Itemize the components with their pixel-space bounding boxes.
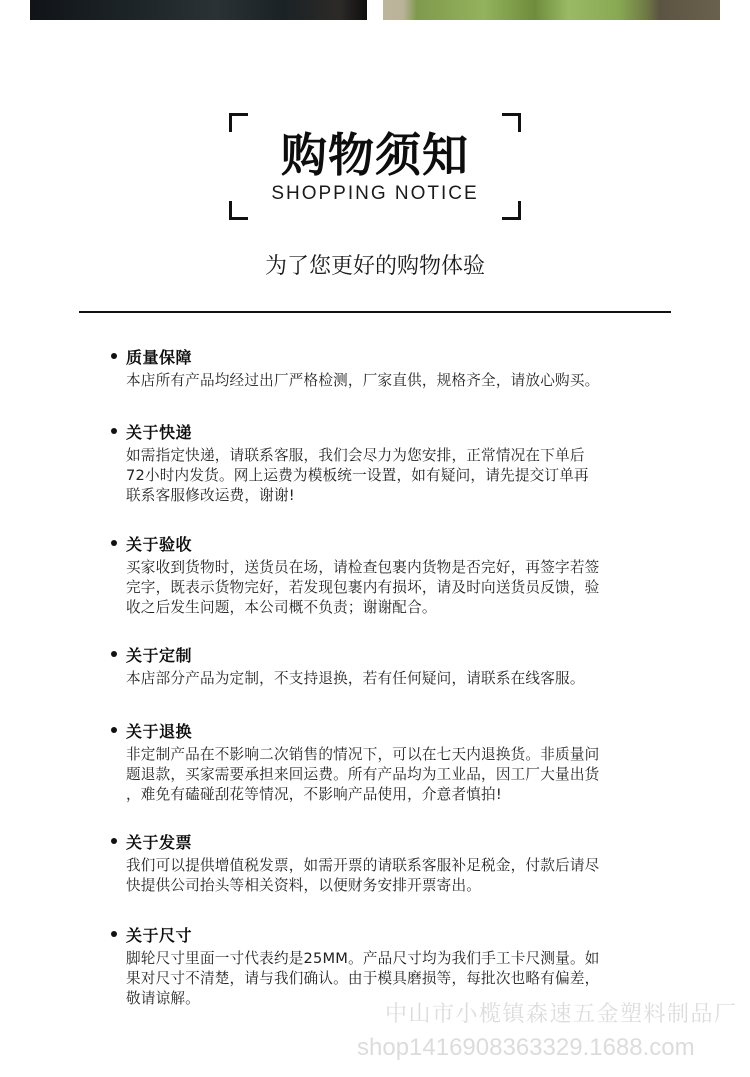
section-title: 关于定制 xyxy=(126,643,192,666)
page-title: 购物须知 xyxy=(229,129,521,181)
section-title: 关于退换 xyxy=(126,719,192,742)
product-photo-left xyxy=(30,0,367,20)
title-frame: 购物须知 SHOPPING NOTICE xyxy=(229,113,521,220)
section-title: 质量保障 xyxy=(126,345,192,368)
section-body: 非定制产品在不影响二次销售的情况下，可以在七天内退换货。非质量问 题退款，买家需… xyxy=(126,745,656,805)
notice-section-dimensions: 关于尺寸 脚轮尺寸里面一寸代表约是25MM。产品尺寸均为我们手工卡尺测量。如 果… xyxy=(108,922,668,1009)
body-line: 联系客服修改运费，谢谢! xyxy=(126,486,656,506)
notice-section-invoice: 关于发票 我们可以提供增值税发票，如需开票的请联系客服补足税金，付款后请尽 快提… xyxy=(108,829,668,896)
notice-section-shipping: 关于快递 如需指定快递，请联系客服，我们会尽力为您安排，正常情况在下单后 72小… xyxy=(108,419,668,506)
body-line: 如需指定快递，请联系客服，我们会尽力为您安排，正常情况在下单后 xyxy=(126,446,656,466)
notice-section-customization: 关于定制 本店部分产品为定制，不支持退换，若有任何疑问，请联系在线客服。 xyxy=(108,642,668,689)
body-line: 72小时内发货。网上运费为模板统一设置，如有疑问，请先提交订单再 xyxy=(126,466,656,486)
page-title-english: SHOPPING NOTICE xyxy=(229,183,521,205)
section-title: 关于尺寸 xyxy=(126,923,192,946)
divider xyxy=(79,311,671,313)
notice-section-quality: 质量保障 本店所有产品均经过出厂严格检测，厂家直供，规格齐全，请放心购买。 xyxy=(108,344,668,391)
page-subtitle: 为了您更好的购物体验 xyxy=(0,252,750,282)
body-line: 完字，既表示货物完好，若发现包裹内有损坏，请及时向送货员反馈，验 xyxy=(126,578,656,598)
notice-section-returns: 关于退换 非定制产品在不影响二次销售的情况下，可以在七天内退换货。非质量问 题退… xyxy=(108,718,668,805)
body-line: 本店部分产品为定制，不支持退换，若有任何疑问，请联系在线客服。 xyxy=(126,669,656,689)
product-photo-right xyxy=(383,0,720,20)
body-line: 果对尺寸不清楚，请与我们确认。由于模具磨损等，每批次也略有偏差， xyxy=(126,969,656,989)
body-line: 非定制产品在不影响二次销售的情况下，可以在七天内退换货。非质量问 xyxy=(126,745,656,765)
bullet-icon xyxy=(111,540,117,546)
body-line: 本店所有产品均经过出厂严格检测，厂家直供，规格齐全，请放心购买。 xyxy=(126,371,656,391)
section-body: 我们可以提供增值税发票，如需开票的请联系客服补足税金，付款后请尽 快提供公司抬头… xyxy=(126,856,656,896)
bullet-icon xyxy=(111,651,117,657)
body-line: 买家收到货物时，送货员在场，请检查包裹内货物是否完好，再签字若签 xyxy=(126,558,656,578)
section-body: 本店所有产品均经过出厂严格检测，厂家直供，规格齐全，请放心购买。 xyxy=(126,371,656,391)
bullet-icon xyxy=(111,353,117,359)
bullet-icon xyxy=(111,727,117,733)
section-body: 买家收到货物时，送货员在场，请检查包裹内货物是否完好，再签字若签 完字，既表示货… xyxy=(126,558,656,618)
body-line: 脚轮尺寸里面一寸代表约是25MM。产品尺寸均为我们手工卡尺测量。如 xyxy=(126,949,656,969)
watermark-company: 中山市小榄镇森速五金塑料制品厂 xyxy=(385,1002,738,1028)
bullet-icon xyxy=(111,931,117,937)
bullet-icon xyxy=(111,428,117,434)
section-body: 如需指定快递，请联系客服，我们会尽力为您安排，正常情况在下单后 72小时内发货。… xyxy=(126,446,656,506)
section-title: 关于发票 xyxy=(126,830,192,853)
watermark-url: shop1416908363329.1688.com xyxy=(357,1034,695,1062)
section-title: 关于验收 xyxy=(126,532,192,555)
section-body: 本店部分产品为定制，不支持退换，若有任何疑问，请联系在线客服。 xyxy=(126,669,656,689)
notice-section-inspection: 关于验收 买家收到货物时，送货员在场，请检查包裹内货物是否完好，再签字若签 完字… xyxy=(108,531,668,618)
body-line: 我们可以提供增值税发票，如需开票的请联系客服补足税金，付款后请尽 xyxy=(126,856,656,876)
section-title: 关于快递 xyxy=(126,420,192,443)
bullet-icon xyxy=(111,838,117,844)
body-line: 题退款，买家需要承担来回运费。所有产品均为工业品，因工厂大量出货 xyxy=(126,765,656,785)
body-line: 快提供公司抬头等相关资料，以便财务安排开票寄出。 xyxy=(126,876,656,896)
section-body: 脚轮尺寸里面一寸代表约是25MM。产品尺寸均为我们手工卡尺测量。如 果对尺寸不清… xyxy=(126,949,656,1009)
body-line: 收之后发生问题，本公司概不负责；谢谢配合。 xyxy=(126,598,656,618)
body-line: ，难免有磕碰刮花等情况，不影响产品使用，介意者慎拍! xyxy=(126,785,656,805)
